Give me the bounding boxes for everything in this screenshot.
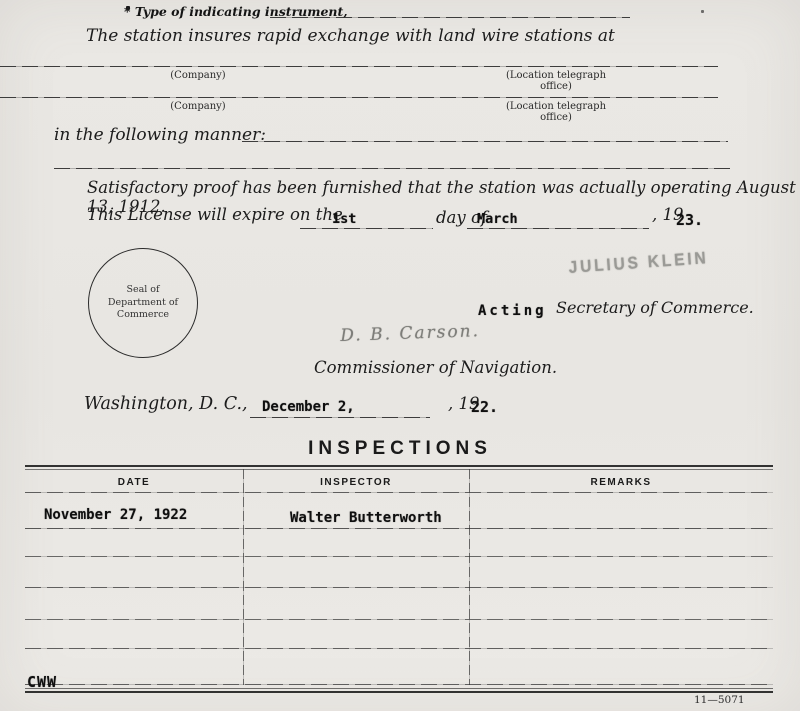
acting-typed-label: Acting xyxy=(478,303,547,319)
inspection-row-inspector: Walter Butterworth xyxy=(290,510,442,526)
company-fill-line xyxy=(0,97,718,98)
column-header-inspector: INSPECTOR xyxy=(243,477,469,488)
manner-fill-line xyxy=(242,141,728,142)
seal-text: Seal of Department of Commerce xyxy=(108,284,178,321)
date-typed-value: December 2, xyxy=(262,399,355,415)
expire-month-value: March xyxy=(477,211,518,227)
department-seal: Seal of Department of Commerce xyxy=(88,248,198,358)
expire-day-fill-line xyxy=(300,228,433,229)
table-row-rule xyxy=(25,619,773,620)
expire-day-value: 1st xyxy=(332,211,356,227)
company-fill-line xyxy=(0,66,718,67)
location-telegraph-office-label: (Location telegraph office) xyxy=(496,70,616,92)
table-row-rule xyxy=(25,528,773,529)
table-row-rule xyxy=(25,648,773,649)
manner-label: in the following manner: xyxy=(54,125,266,145)
manner-fill-line xyxy=(54,168,730,169)
company-label: (Company) xyxy=(148,70,248,81)
date-year-value: 22. xyxy=(471,398,498,416)
type-of-instrument-fill-line xyxy=(270,17,630,18)
form-number: 11—5071 xyxy=(694,694,745,706)
expire-statement-prefix: This License will expire on the xyxy=(87,205,343,224)
ink-speck xyxy=(701,10,704,13)
ink-speck xyxy=(126,6,130,10)
scanned-paper-background xyxy=(0,0,800,711)
table-bottom-rule-thin xyxy=(25,688,773,689)
table-column-divider xyxy=(469,469,470,685)
commissioner-title: Commissioner of Navigation. xyxy=(314,358,557,377)
table-header-underline xyxy=(25,492,773,493)
table-row-rule xyxy=(25,587,773,588)
table-top-rule xyxy=(25,465,773,467)
table-column-divider xyxy=(243,469,244,685)
seal-text-line: Department of xyxy=(108,297,178,309)
seal-text-line: Seal of xyxy=(108,284,178,296)
table-bottom-rule xyxy=(25,691,773,693)
column-header-date: DATE xyxy=(25,477,243,488)
expire-year-value: 23. xyxy=(676,211,703,229)
inspection-row-date: November 27, 1922 xyxy=(44,507,187,523)
date-fill-line xyxy=(250,417,430,418)
secretary-title: Secretary of Commerce. xyxy=(556,298,754,317)
table-row-rule xyxy=(25,684,773,685)
table-row-rule xyxy=(25,556,773,557)
table-top-rule-thin xyxy=(25,469,773,470)
column-header-remarks: REMARKS xyxy=(469,477,773,488)
place-label: Washington, D. C., xyxy=(84,394,248,414)
location-telegraph-office-label: (Location telegraph office) xyxy=(496,101,616,123)
clerk-initials: CWW xyxy=(27,673,57,691)
seal-text-line: Commerce xyxy=(108,309,178,321)
company-label: (Company) xyxy=(148,101,248,112)
inspections-title: INSPECTIONS xyxy=(0,438,800,460)
expire-month-fill-line xyxy=(467,228,649,229)
exchange-statement: The station insures rapid exchange with … xyxy=(86,26,615,46)
